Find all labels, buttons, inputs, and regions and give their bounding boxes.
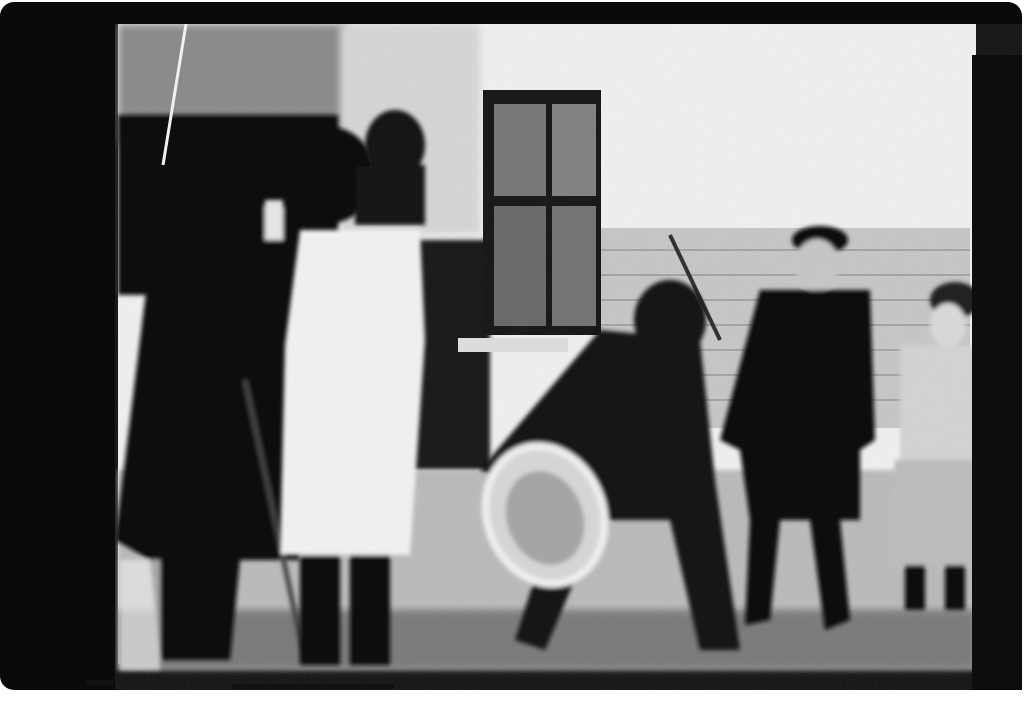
cart xyxy=(458,338,568,352)
edge-mark xyxy=(86,680,114,685)
right-post xyxy=(972,55,1022,690)
film-still-photo xyxy=(0,0,1024,710)
edge-mark xyxy=(232,684,394,689)
window xyxy=(483,90,601,335)
